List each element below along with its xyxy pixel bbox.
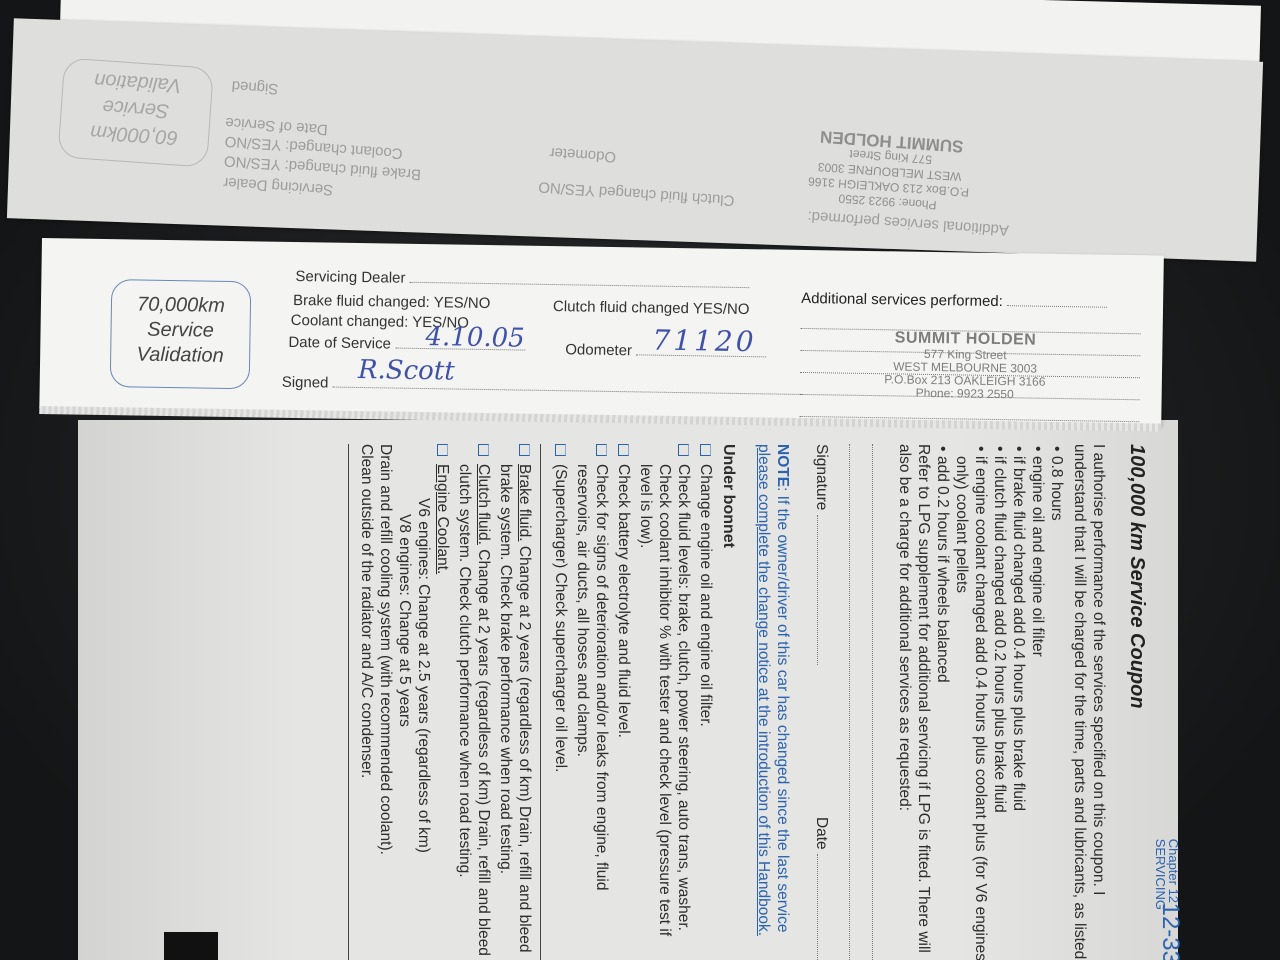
fluid-heading: Brake fluid. <box>516 464 533 542</box>
checklist-text: Check fluid levels: brake, clutch, power… <box>636 464 693 960</box>
charge-list: 0.8 hours engine oil and engine oil filt… <box>933 444 1066 960</box>
checkbox-icon[interactable] <box>437 444 448 456</box>
checkbox-icon[interactable] <box>678 444 689 456</box>
authorisation-text: I authorise performance of the services … <box>1070 444 1108 960</box>
page-title: 100,000 km Service Coupon <box>1127 444 1146 709</box>
checkbox-icon[interactable] <box>555 444 566 456</box>
additional-services-line[interactable] <box>849 444 870 960</box>
back-clutch-label: Clutch fluid changed YES/NO <box>538 178 735 209</box>
brake-fluid-label: Brake fluid changed: YES/NO <box>293 292 491 312</box>
owner-change-note: NOTE: If the owner/driver of this car ha… <box>754 444 792 960</box>
checklist-item: (Supercharger) Check supercharger oil le… <box>551 444 570 960</box>
chapter-section: SERVICING <box>1154 839 1167 910</box>
signature-value: R.Scott <box>358 355 455 387</box>
page-number: 12-33 <box>1161 903 1180 960</box>
date-of-service-value: 4.10.05 <box>425 322 525 354</box>
back-odometer-label: Odometer <box>549 144 617 166</box>
dealer-label: Servicing Dealer <box>295 268 405 287</box>
charge-item: if brake fluid changed add 0.4 hours plu… <box>1009 444 1028 960</box>
signature-row: Signature Date <box>812 444 831 960</box>
checkbox-icon[interactable] <box>478 444 489 456</box>
section-divider <box>348 444 349 960</box>
clutch-fluid-label: Clutch fluid changed YES/NO <box>553 298 750 318</box>
fluid-item: Brake fluid. Change at 2 years (regardle… <box>496 444 534 960</box>
signature-field[interactable]: Signature <box>812 444 831 665</box>
date-field[interactable]: Date <box>812 817 831 960</box>
coolant-line: Clean outside of the radiator and A/C co… <box>357 444 376 960</box>
checklist-text: (Supercharger) Check supercharger oil le… <box>551 464 570 772</box>
checkbox-icon[interactable] <box>700 444 711 456</box>
under-bonnet-heading: Under bonnet <box>719 444 738 960</box>
dealer-stamp: SUMMIT HOLDEN 577 King Street WEST MELBO… <box>855 329 1076 402</box>
date-label: Date <box>813 817 830 850</box>
back-validation-box: 60,000km Service Validation <box>57 57 214 167</box>
coolant-line: V6 engines: Change at 2.5 years (regardl… <box>414 444 433 960</box>
validation-line: Service <box>111 317 249 344</box>
fluid-item: Clutch fluid. Change at 2 years (regardl… <box>455 444 493 960</box>
service-coupon-70000: 70,000km Service Validation Servicing De… <box>39 238 1164 426</box>
page-tab-marker <box>164 932 218 960</box>
note-label: NOTE <box>774 444 791 487</box>
checklist-item: Check fluid levels: brake, clutch, power… <box>636 444 693 960</box>
checklist-item: Check battery electrolyte and fluid leve… <box>614 444 633 960</box>
back-dealer-label: Servicing Dealer <box>223 174 334 199</box>
validation-box: 70,000km Service Validation <box>110 279 252 389</box>
servicing-dealer-field[interactable]: Servicing Dealer <box>295 268 749 292</box>
section-divider <box>540 444 541 960</box>
lpg-note: Refer to LPG supplement for additional s… <box>895 444 933 960</box>
checklist-text: Check battery electrolyte and fluid leve… <box>614 464 633 738</box>
note-text: : If the owner/driver of this car has ch… <box>774 487 791 932</box>
coolant-line: Drain and refill cooling system (with re… <box>376 444 395 960</box>
back-dealer-stamp: Phone: 9923 2550 P.O.Box 213 OAKLEIGH 31… <box>807 128 973 214</box>
fluid-heading: Engine Coolant. <box>433 464 452 574</box>
additional-label: Additional services performed: <box>801 290 1003 310</box>
charge-item: add 0.2 hours if wheels balanced <box>933 444 952 960</box>
signed-label: Signed <box>282 374 329 392</box>
charge-item: if engine coolant changed add 0.4 hours … <box>952 444 990 960</box>
page-header: Chapter 12 SERVICING 12-33 100,000 km Se… <box>1116 444 1174 960</box>
validation-line: Validation <box>111 342 249 369</box>
page-content: Chapter 12 SERVICING 12-33 100,000 km Se… <box>154 444 1174 960</box>
back-additional-label: Additional services performed: <box>807 208 1009 239</box>
chapter-number: Chapter 12 <box>1167 839 1180 910</box>
charge-item: if clutch fluid changed add 0.2 hours pl… <box>990 444 1009 960</box>
charge-item: engine oil and engine oil filter <box>1028 444 1047 960</box>
checklist-text: Change engine oil and engine oil filter. <box>696 464 715 727</box>
odometer-label: Odometer <box>565 341 632 359</box>
back-signed-label: Signed <box>231 77 279 97</box>
validation-km: 70,000km <box>112 292 250 319</box>
fluid-item: Engine Coolant. <box>433 444 452 960</box>
checklist-item: Check for signs of deterioration and/or … <box>573 444 611 960</box>
checkbox-icon[interactable] <box>596 444 607 456</box>
chapter-label: Chapter 12 SERVICING <box>1154 839 1180 910</box>
odometer-value: 71120 <box>652 324 757 359</box>
checklist-text: Check for signs of deterioration and/or … <box>573 464 611 960</box>
fluid-heading: Clutch fluid. <box>475 464 492 545</box>
additional-services-line[interactable] <box>872 444 893 960</box>
checkbox-icon[interactable] <box>618 444 629 456</box>
coolant-line: V8 engines: Change at 5 years <box>395 444 414 960</box>
checkbox-icon[interactable] <box>519 444 530 456</box>
note-link[interactable]: please complete the change notice at the… <box>755 444 772 936</box>
checklist-item: Change engine oil and engine oil filter. <box>696 444 715 960</box>
handbook-page: Chapter 12 SERVICING 12-33 100,000 km Se… <box>78 420 1178 960</box>
signature-label: Signature <box>813 444 830 510</box>
charge-item: 0.8 hours <box>1047 444 1066 960</box>
date-of-service-label: Date of Service <box>288 334 391 353</box>
